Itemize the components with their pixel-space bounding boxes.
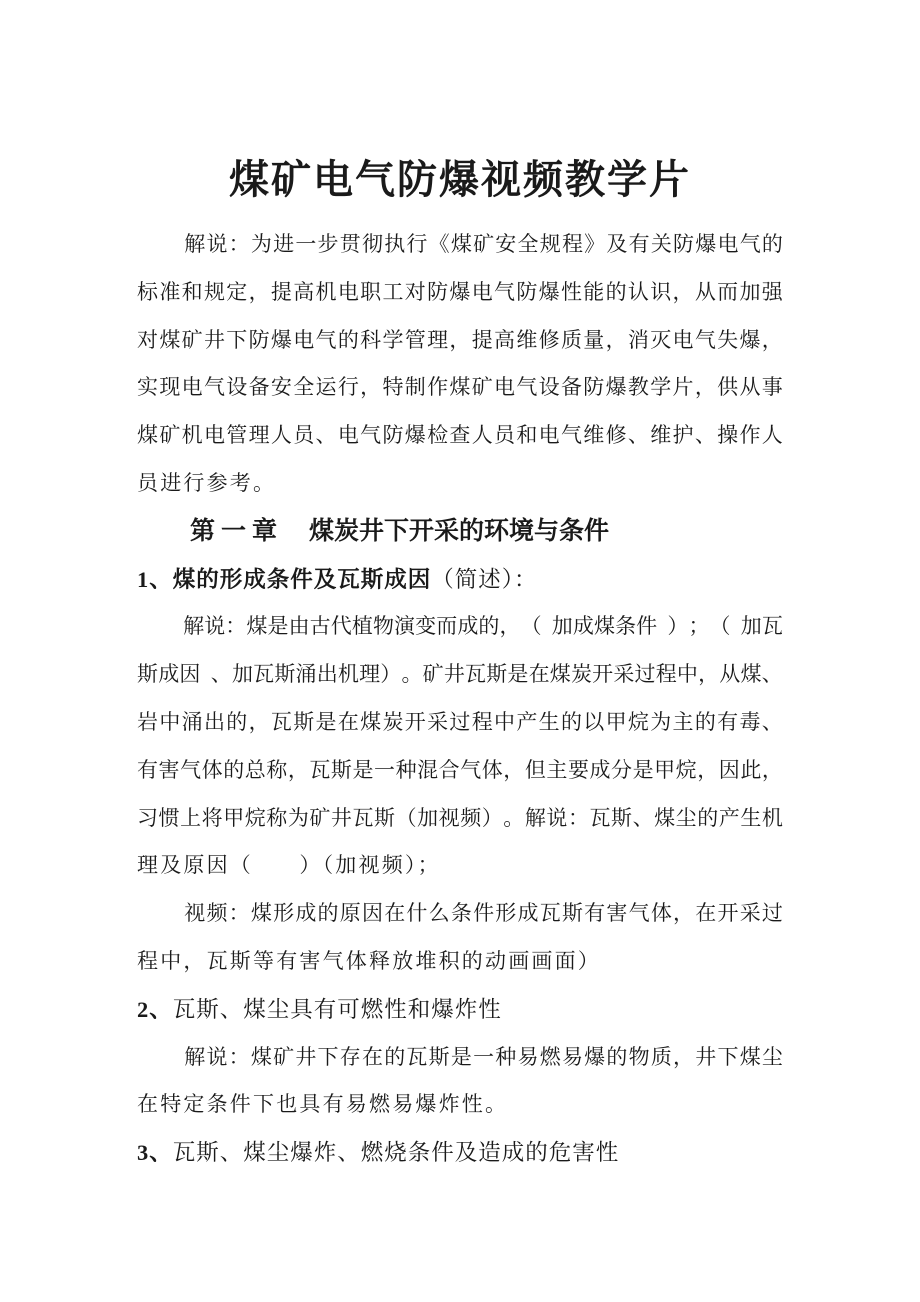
paragraph-line: 程中，瓦斯等有害气体释放堆积的动画画面） [137, 938, 783, 986]
item-heading-rest: （简述）： [431, 567, 537, 592]
chapter-title: 煤炭井下开采的环境与条件 [309, 518, 609, 545]
paragraph-line-text: 程中，瓦斯等有害气体释放堆积的动画画面） [137, 949, 601, 973]
item-heading: 3、瓦斯、煤尘爆炸、燃烧条件及造成的危害性 [137, 1129, 783, 1177]
item-heading: 2、瓦斯、煤尘具有可燃性和爆炸性 [137, 986, 783, 1034]
paragraph-line: 有害气体的总称，瓦斯是一种混合气体，但主要成分是甲烷，因此， [137, 747, 783, 795]
paragraph-line: 视频：煤形成的原因在什么条件形成瓦斯有害气体，在开采过 [137, 890, 783, 938]
paragraph-line-text: 在特定条件下也具有易燃易爆炸性。 [137, 1092, 508, 1116]
paragraph-line: 斯成因、加瓦斯涌出机理）。矿井瓦斯是在煤炭开采过程中，从煤、 [137, 651, 783, 699]
chapter-heading: 第一章煤炭井下开采的环境与条件 [137, 508, 783, 556]
paragraph-line-text: 员进行参考。 [137, 471, 276, 495]
document-page: 煤矿电气防爆视频教学片 解说：为进一步贯彻执行《煤矿安全规程》及有关防爆电气的标… [0, 0, 920, 1302]
item-heading-rest: 瓦斯、煤尘具有可燃性和爆炸性 [173, 997, 502, 1022]
paragraph-line: 标准和规定，提高机电职工对防爆电气防爆性能的认识，从而加强 [137, 269, 783, 317]
paragraph-line: 岩中涌出的，瓦斯是在煤炭开采过程中产生的以甲烷为主的有毒、 [137, 699, 783, 747]
paragraph-line: 解说：为进一步贯彻执行《煤矿安全规程》及有关防爆电气的 [137, 221, 783, 269]
chapter-number: 第一章 [190, 518, 283, 545]
item-heading-bold: 1、煤的形成条件及瓦斯成因 [137, 567, 431, 592]
first-line-indent [137, 603, 183, 651]
first-line-indent [137, 1034, 183, 1082]
item-heading-bold: 3、 [137, 1140, 173, 1165]
paragraph-line: 煤矿机电管理人员、电气防爆检查人员和电气维修、维护、操作人 [137, 412, 783, 460]
paragraph-line: 员进行参考。 [137, 460, 783, 508]
document-title: 煤矿电气防爆视频教学片 [0, 0, 920, 208]
item-heading: 1、煤的形成条件及瓦斯成因（简述）： [137, 556, 783, 604]
paragraph-line: 解说：煤矿井下存在的瓦斯是一种易燃易爆的物质，井下煤尘 [137, 1034, 783, 1082]
paragraph-line: 对煤矿井下防爆电气的科学管理，提高维修质量，消灭电气失爆， [137, 317, 783, 365]
paragraph-line: 解说：煤是由古代植物演变而成的，（加成煤条件）；（加瓦 [137, 603, 783, 651]
paragraph-line: 理及原因（ ）（加视频）； [137, 842, 783, 890]
document-body: 解说：为进一步贯彻执行《煤矿安全规程》及有关防爆电气的标准和规定，提高机电职工对… [137, 221, 783, 1177]
paragraph-line: 实现电气设备安全运行，特制作煤矿电气设备防爆教学片，供从事 [137, 364, 783, 412]
item-heading-rest: 瓦斯、煤尘爆炸、燃烧条件及造成的危害性 [173, 1140, 620, 1165]
paragraph-line: 在特定条件下也具有易燃易爆炸性。 [137, 1081, 783, 1129]
first-line-indent [137, 890, 183, 938]
paragraph-line-text: 理及原因（ ）（加视频）； [137, 853, 441, 877]
first-line-indent [137, 221, 183, 269]
item-heading-bold: 2、 [137, 997, 173, 1022]
paragraph-line: 习惯上将甲烷称为矿井瓦斯（加视频）。解说：瓦斯、煤尘的产生机 [137, 795, 783, 843]
